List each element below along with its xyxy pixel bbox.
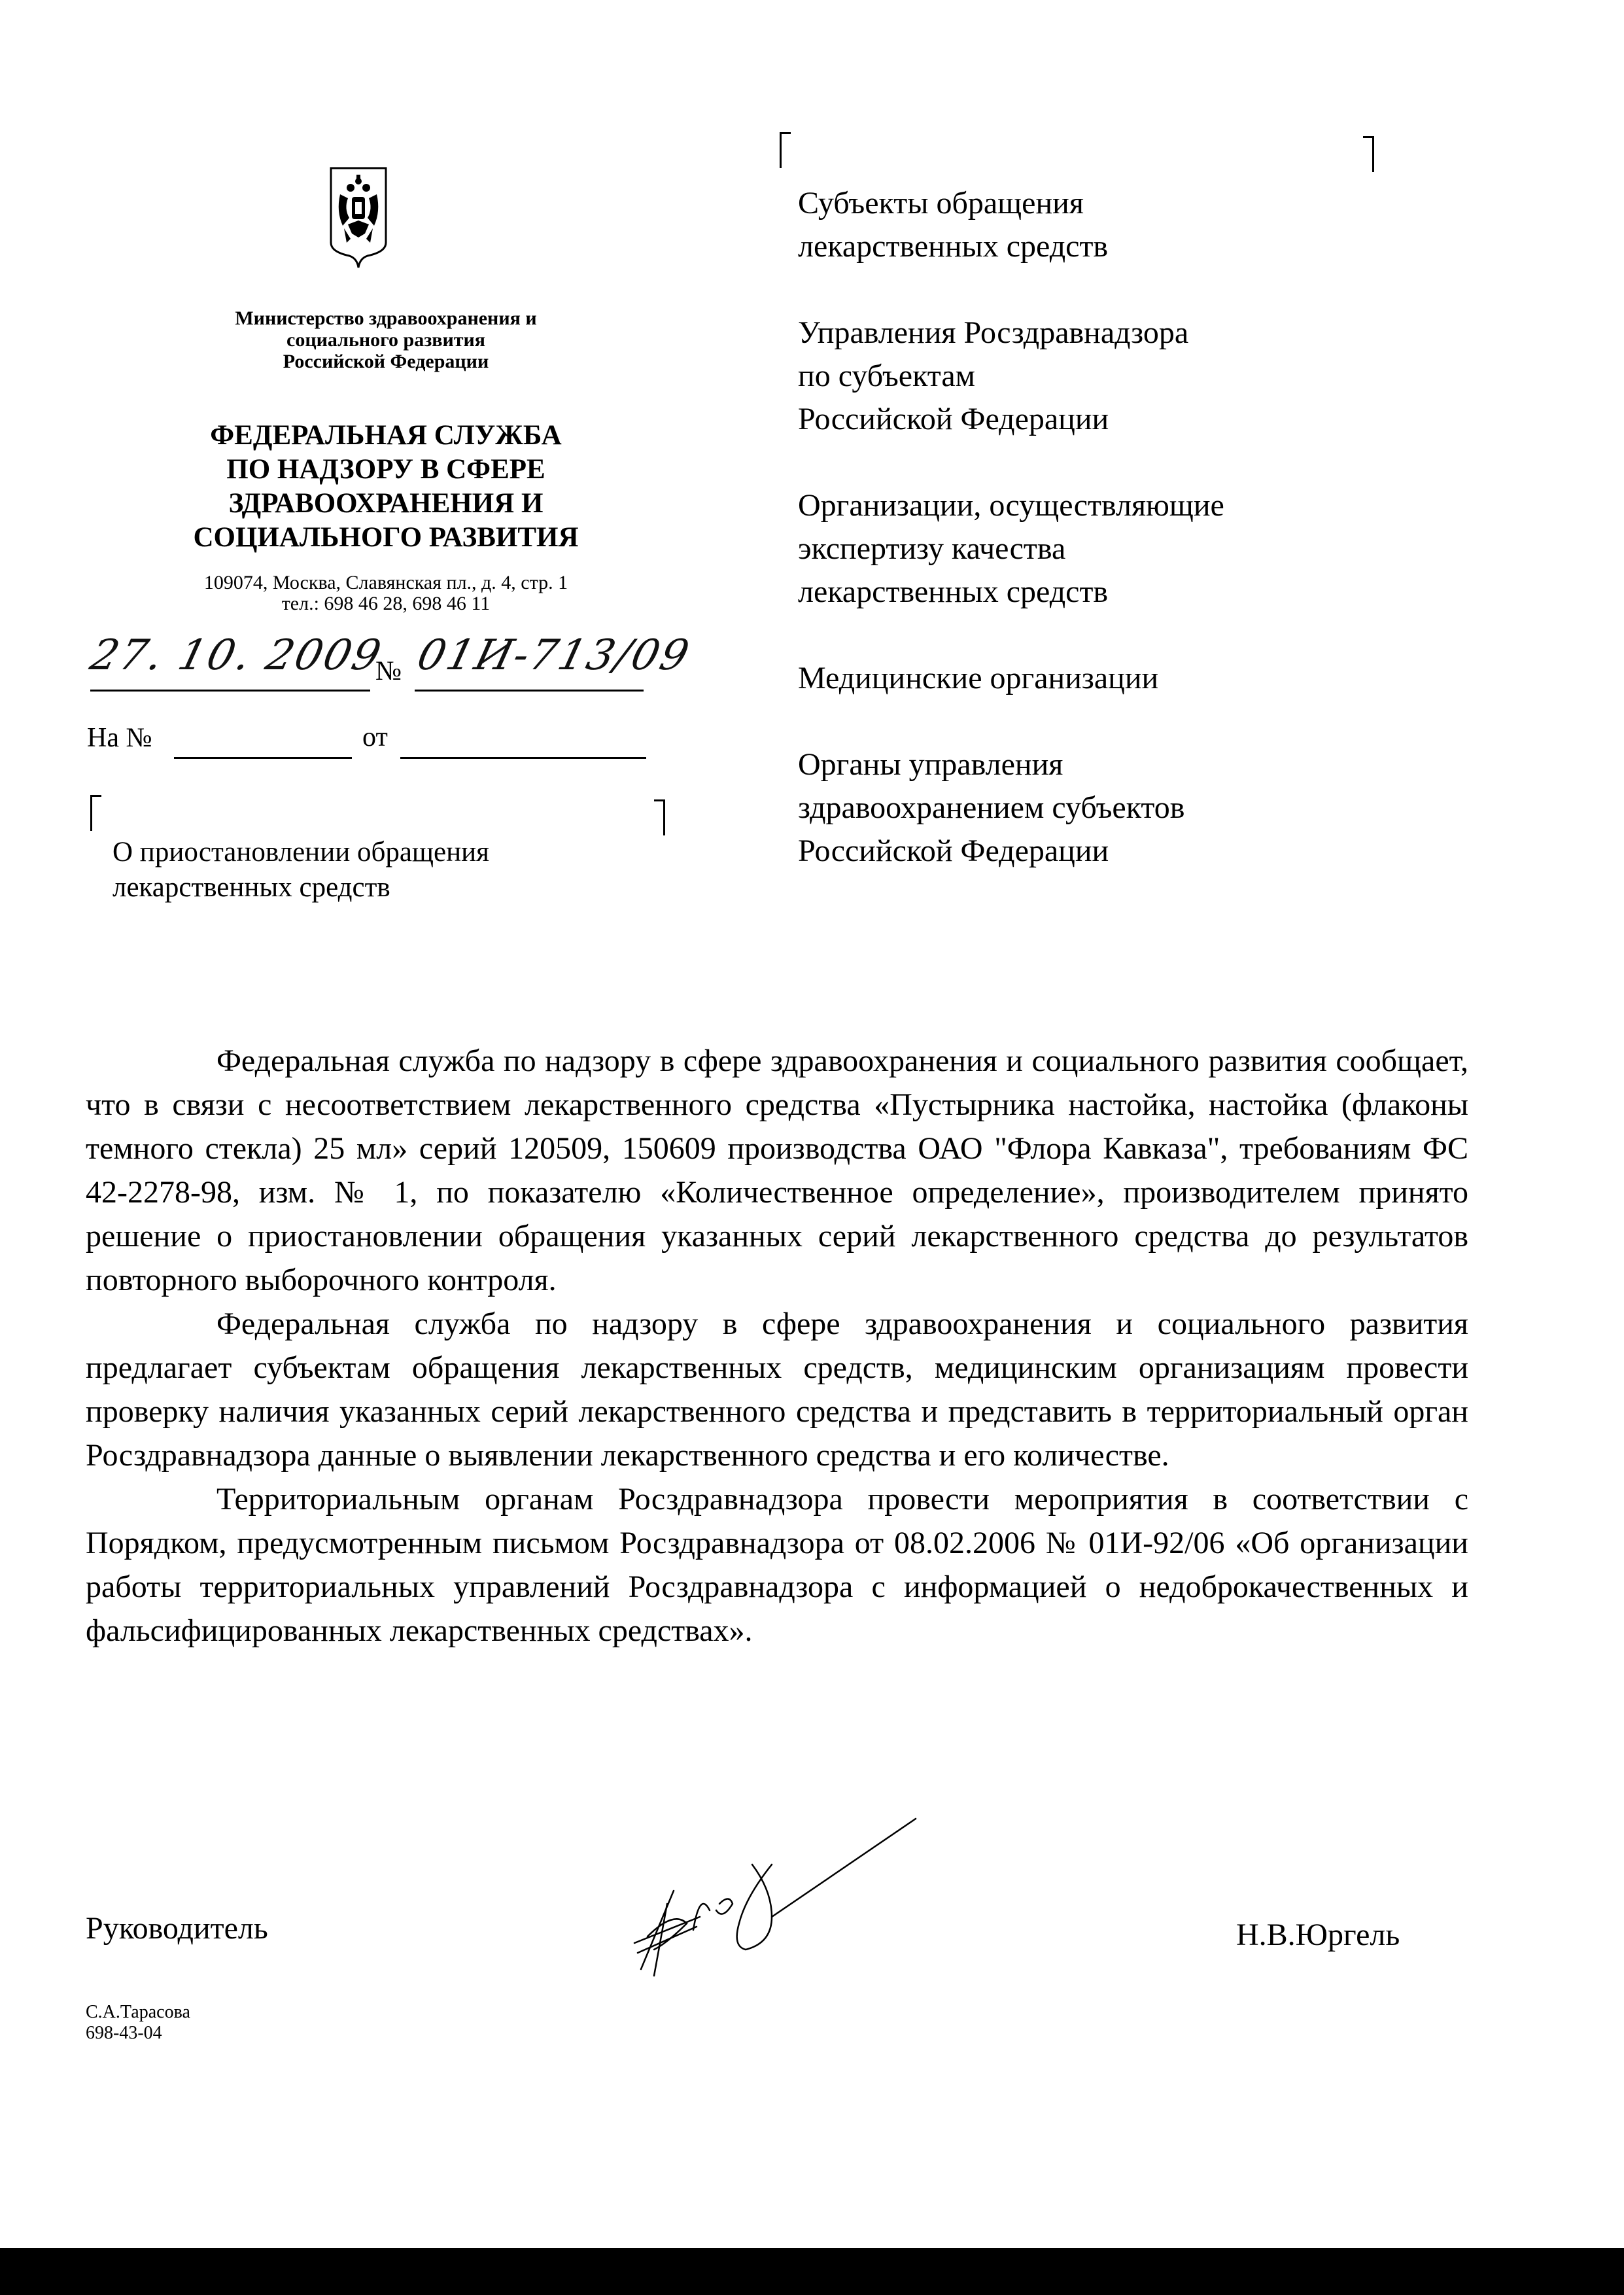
addressee-line: Органы управления <box>798 743 1224 786</box>
addressee-line: Медицинские организации <box>798 657 1224 700</box>
addressee-line: Российской Федерации <box>798 830 1224 873</box>
addressee-line: экспертизу качества <box>798 527 1224 570</box>
addressee-list: Субъекты обращения лекарственных средств… <box>798 182 1224 873</box>
addressee-line: лекарственных средств <box>798 225 1224 268</box>
ministry-line: Российской Федерации <box>164 351 608 372</box>
addressee-bracket-right <box>1363 136 1374 172</box>
subject-line: О приостановлении обращения <box>112 835 489 870</box>
service-line: ЗДРАВООХРАНЕНИЯ И <box>118 487 654 521</box>
signatory-name: Н.В.Юргель <box>1236 1917 1400 1953</box>
addressee-line: Управления Росздравнадзора <box>798 311 1224 355</box>
addressee: Управления Росздравнадзора по субъектам … <box>798 311 1224 441</box>
registration-date: 27. 10. 2009 <box>86 631 388 680</box>
number-underline <box>415 690 644 692</box>
number-label: № <box>375 656 402 687</box>
service-line: ФЕДЕРАЛЬНАЯ СЛУЖБА <box>118 419 654 453</box>
russian-coat-of-arms-icon <box>328 166 389 277</box>
service-name: ФЕДЕРАЛЬНАЯ СЛУЖБА ПО НАДЗОРУ В СФЕРЕ ЗД… <box>118 419 654 555</box>
body-paragraph: Федеральная служба по надзору в сфере зд… <box>86 1302 1468 1477</box>
addressee: Медицинские организации <box>798 657 1224 700</box>
reply-date-field <box>400 757 646 759</box>
reply-number-label: На № <box>87 722 152 754</box>
letter-body: Федеральная служба по надзору в сфере зд… <box>86 1039 1468 1653</box>
subject-bracket-right <box>654 799 665 835</box>
addressee: Организации, осуществляющие экспертизу к… <box>798 484 1224 614</box>
sender-address: 109074, Москва, Славянская пл., д. 4, ст… <box>118 572 654 614</box>
handwritten-signature-icon <box>576 1812 942 1982</box>
body-paragraph: Федеральная служба по надзору в сфере зд… <box>86 1039 1468 1302</box>
reply-number-field <box>174 757 352 759</box>
executor-phone: 698-43-04 <box>86 2023 190 2044</box>
addressee: Органы управления здравоохранением субъе… <box>798 743 1224 873</box>
service-line: СОЦИАЛЬНОГО РАЗВИТИЯ <box>118 521 654 555</box>
reply-from-label: от <box>362 722 388 753</box>
addressee-bracket-left <box>780 132 791 168</box>
scan-border <box>0 2248 1624 2295</box>
service-line: ПО НАДЗОРУ В СФЕРЕ <box>118 453 654 487</box>
address-line: 109074, Москва, Славянская пл., д. 4, ст… <box>118 572 654 593</box>
addressee: Субъекты обращения лекарственных средств <box>798 182 1224 268</box>
addressee-line: лекарственных средств <box>798 570 1224 614</box>
addressee-line: Субъекты обращения <box>798 182 1224 225</box>
phone-line: тел.: 698 46 28, 698 46 11 <box>118 593 654 614</box>
executor-info: С.А.Тарасова 698-43-04 <box>86 2002 190 2044</box>
subject-line: лекарственных средств <box>112 870 489 905</box>
ministry-line: социального развития <box>164 329 608 351</box>
subject-bracket-left <box>90 795 101 831</box>
date-underline <box>90 690 370 692</box>
letter-subject: О приостановлении обращения лекарственны… <box>112 835 489 905</box>
ministry-name: Министерство здравоохранения и социально… <box>164 307 608 372</box>
executor-name: С.А.Тарасова <box>86 2002 190 2023</box>
addressee-line: по субъектам <box>798 355 1224 398</box>
addressee-line: Организации, осуществляющие <box>798 484 1224 527</box>
addressee-line: Российской Федерации <box>798 398 1224 441</box>
registration-number: 01И-713/09 <box>413 631 695 680</box>
ministry-line: Министерство здравоохранения и <box>164 307 608 329</box>
addressee-line: здравоохранением субъектов <box>798 786 1224 830</box>
body-paragraph: Территориальным органам Росздравнадзора … <box>86 1477 1468 1653</box>
signatory-title: Руководитель <box>86 1910 268 1946</box>
